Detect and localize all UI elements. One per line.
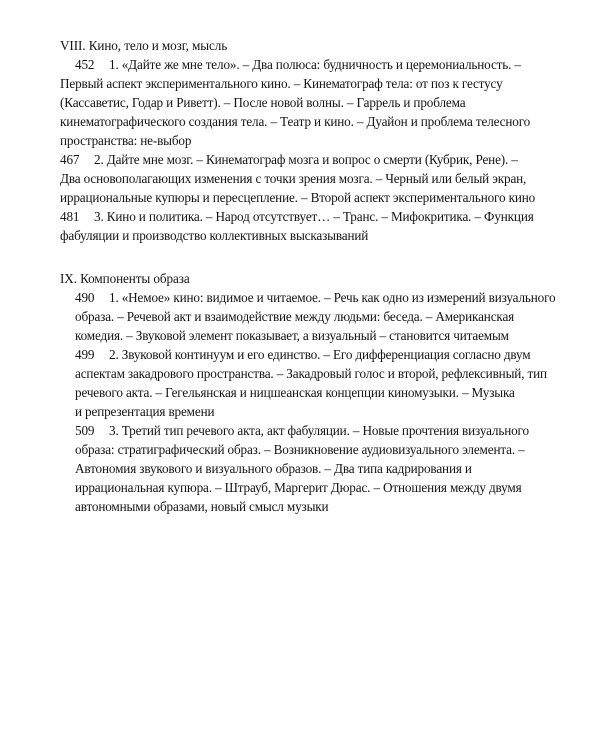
toc-entry-continuation: Первый аспект экспериментального кино. –… <box>60 76 503 92</box>
entry-text: 2. Звуковой континуум и его единство. – … <box>109 347 531 362</box>
page-number: 481 <box>60 209 94 225</box>
toc-entry-continuation: (Кассаветис, Годар и Риветт). – После но… <box>60 95 465 111</box>
entry-text: 2. Дайте мне мозг. – Кинематограф мозга … <box>94 152 518 167</box>
page-number: 452 <box>75 57 109 73</box>
page-number: 499 <box>75 347 109 363</box>
toc-entry-509: 5093. Третий тип речевого акта, акт фабу… <box>75 423 529 439</box>
toc-entry-481: 4813. Кино и политика. – Народ отсутству… <box>60 209 534 225</box>
entry-text: 3. Кино и политика. – Народ отсутствует…… <box>94 209 534 224</box>
toc-entry-continuation: автономными образами, новый смысл музыки <box>75 499 328 515</box>
toc-entry-continuation: речевого акта. – Гегельянская и ницшеанс… <box>75 385 515 401</box>
toc-entry-continuation: Автономия звукового и визуального образо… <box>75 461 472 477</box>
entry-text: 1. «Дайте же мне тело». – Два полюса: бу… <box>109 57 521 72</box>
toc-entry-continuation: аспектам закадрового пространства. – Зак… <box>75 366 547 382</box>
toc-entry-continuation: Два основополагающих изменения с точки з… <box>60 171 526 187</box>
toc-entry-continuation: кинематографического создания тела. – Те… <box>60 114 530 130</box>
entry-text: 3. Третий тип речевого акта, акт фабуляц… <box>109 423 529 438</box>
toc-entry-continuation: образа: стратиграфический образ. – Возни… <box>75 442 525 458</box>
entry-text: 1. «Немое» кино: видимое и читаемое. – Р… <box>109 290 556 305</box>
page-number: 509 <box>75 423 109 439</box>
page-number: 467 <box>60 152 94 168</box>
toc-entry-continuation: иррациональные купюры и пересцепление. –… <box>60 190 535 206</box>
toc-entry-452: 4521. «Дайте же мне тело». – Два полюса:… <box>75 57 521 73</box>
toc-entry-499: 4992. Звуковой континуум и его единство.… <box>75 347 531 363</box>
toc-entry-continuation: комедия. – Звуковой элемент показывает, … <box>75 328 509 344</box>
toc-entry-467: 4672. Дайте мне мозг. – Кинематограф моз… <box>60 152 518 168</box>
toc-entry-continuation: иррациональная купюра. – Штрауб, Маргери… <box>75 480 522 496</box>
page-number: 490 <box>75 290 109 306</box>
toc-entry-continuation: образа. – Речевой акт и взаимодействие м… <box>75 309 514 325</box>
toc-entry-continuation: пространства: не-выбор <box>60 133 191 149</box>
section-title-ix: IX. Компоненты образа <box>60 271 190 287</box>
table-of-contents-page: VIII. Кино, тело и мозг, мысль 4521. «Да… <box>0 0 600 750</box>
toc-entry-continuation: фабуляции и производство коллективных вы… <box>60 228 368 244</box>
toc-entry-continuation: и репрезентация времени <box>75 404 214 420</box>
section-title-viii: VIII. Кино, тело и мозг, мысль <box>60 38 227 54</box>
toc-entry-490: 4901. «Немое» кино: видимое и читаемое. … <box>75 290 556 306</box>
